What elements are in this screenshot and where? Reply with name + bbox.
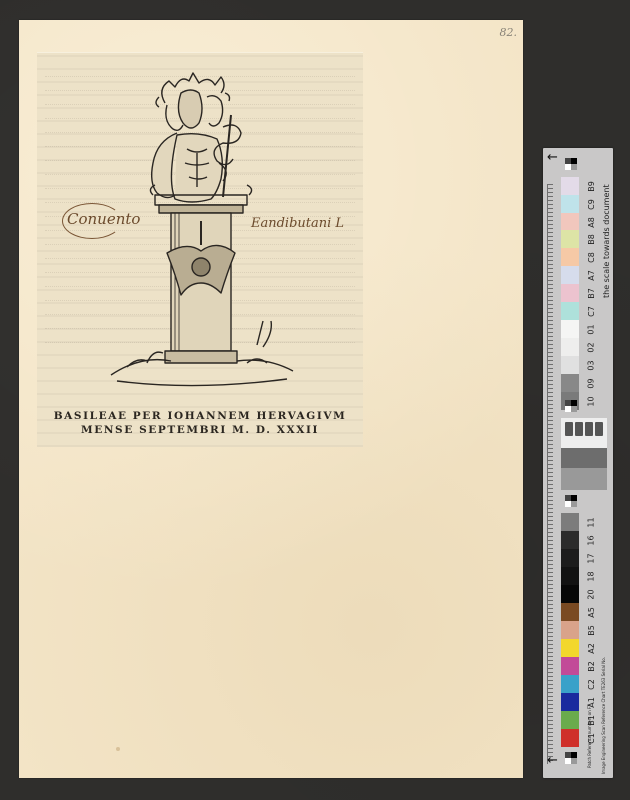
patch-label: C7 <box>582 302 600 320</box>
mount-sheet: 82. <box>19 20 523 778</box>
color-patch <box>561 729 579 747</box>
colophon-line-2: MENSE SEPTEMBRI M. D. XXXII <box>37 423 363 437</box>
patch-label: B2 <box>582 657 600 675</box>
color-patch <box>561 693 579 711</box>
gray-reference-swatch <box>565 400 577 412</box>
color-patch <box>561 603 579 621</box>
color-patch <box>561 230 579 248</box>
patch-label: A5 <box>582 603 600 621</box>
patch-label: 02 <box>582 338 600 356</box>
color-scale-card: ← B9C9A8B8C8A7B7C70102030910 the scale t… <box>543 148 613 778</box>
patch-label: 09 <box>582 374 600 392</box>
mm-ruler <box>547 184 557 764</box>
scale-caption: the scale towards document <box>602 184 611 298</box>
patch-label: B8 <box>582 230 600 248</box>
patch-label: C2 <box>582 675 600 693</box>
gray-reference-swatch <box>565 158 577 170</box>
patch-label: A8 <box>582 213 600 231</box>
patch-label: 17 <box>582 549 600 567</box>
patch-label: 20 <box>582 585 600 603</box>
color-patch <box>561 248 579 266</box>
patch-label: 03 <box>582 356 600 374</box>
color-patch <box>561 320 579 338</box>
color-patch <box>561 531 579 549</box>
patch-label: 11 <box>582 513 600 531</box>
chart-serial-text: Image Engineering Scan Reference Chart T… <box>601 657 606 774</box>
color-patch <box>561 338 579 356</box>
color-patch <box>561 284 579 302</box>
patch-label: 10 <box>582 392 600 410</box>
folio-number: 82. <box>500 26 518 39</box>
color-patch <box>561 513 579 531</box>
color-patch <box>561 675 579 693</box>
color-patch <box>561 621 579 639</box>
resolution-target <box>561 418 607 490</box>
patch-label: A7 <box>582 266 600 284</box>
gray-reference-swatch <box>565 752 577 764</box>
color-patch <box>561 657 579 675</box>
patch-reference-note: Patch Reference numbers on FT <box>587 704 592 768</box>
patch-label: A2 <box>582 639 600 657</box>
patch-label: 16 <box>582 531 600 549</box>
color-patch <box>561 302 579 320</box>
handwritten-annotation-left: Conuento <box>67 210 140 228</box>
patch-label: B7 <box>582 284 600 302</box>
color-patch <box>561 195 579 213</box>
patch-label: C9 <box>582 195 600 213</box>
patch-label: B5 <box>582 621 600 639</box>
patch-label: B9 <box>582 177 600 195</box>
patch-label: 01 <box>582 320 600 338</box>
color-patch <box>561 177 579 195</box>
color-patch <box>561 356 579 374</box>
color-patch <box>561 374 579 392</box>
color-patch <box>561 639 579 657</box>
handwritten-annotation-right: Eandibutani L <box>251 216 344 231</box>
patch-label: 18 <box>582 567 600 585</box>
color-patch <box>561 266 579 284</box>
colophon: BASILEAE PER IOHANNEM HERVAGIVM MENSE SE… <box>37 409 363 437</box>
color-patch <box>561 567 579 585</box>
printed-leaf: BASILEAE PER IOHANNEM HERVAGIVM MENSE SE… <box>37 52 363 447</box>
color-patch <box>561 585 579 603</box>
colophon-line-1: BASILEAE PER IOHANNEM HERVAGIVM <box>37 409 363 423</box>
paper-stain <box>116 747 120 751</box>
color-patch <box>561 213 579 231</box>
color-patch <box>561 711 579 729</box>
arrow-left-icon: ← <box>547 152 558 164</box>
patch-label: C8 <box>582 248 600 266</box>
gray-reference-swatch <box>565 495 577 507</box>
color-patch <box>561 549 579 567</box>
arrow-left-icon: ← <box>547 755 558 767</box>
